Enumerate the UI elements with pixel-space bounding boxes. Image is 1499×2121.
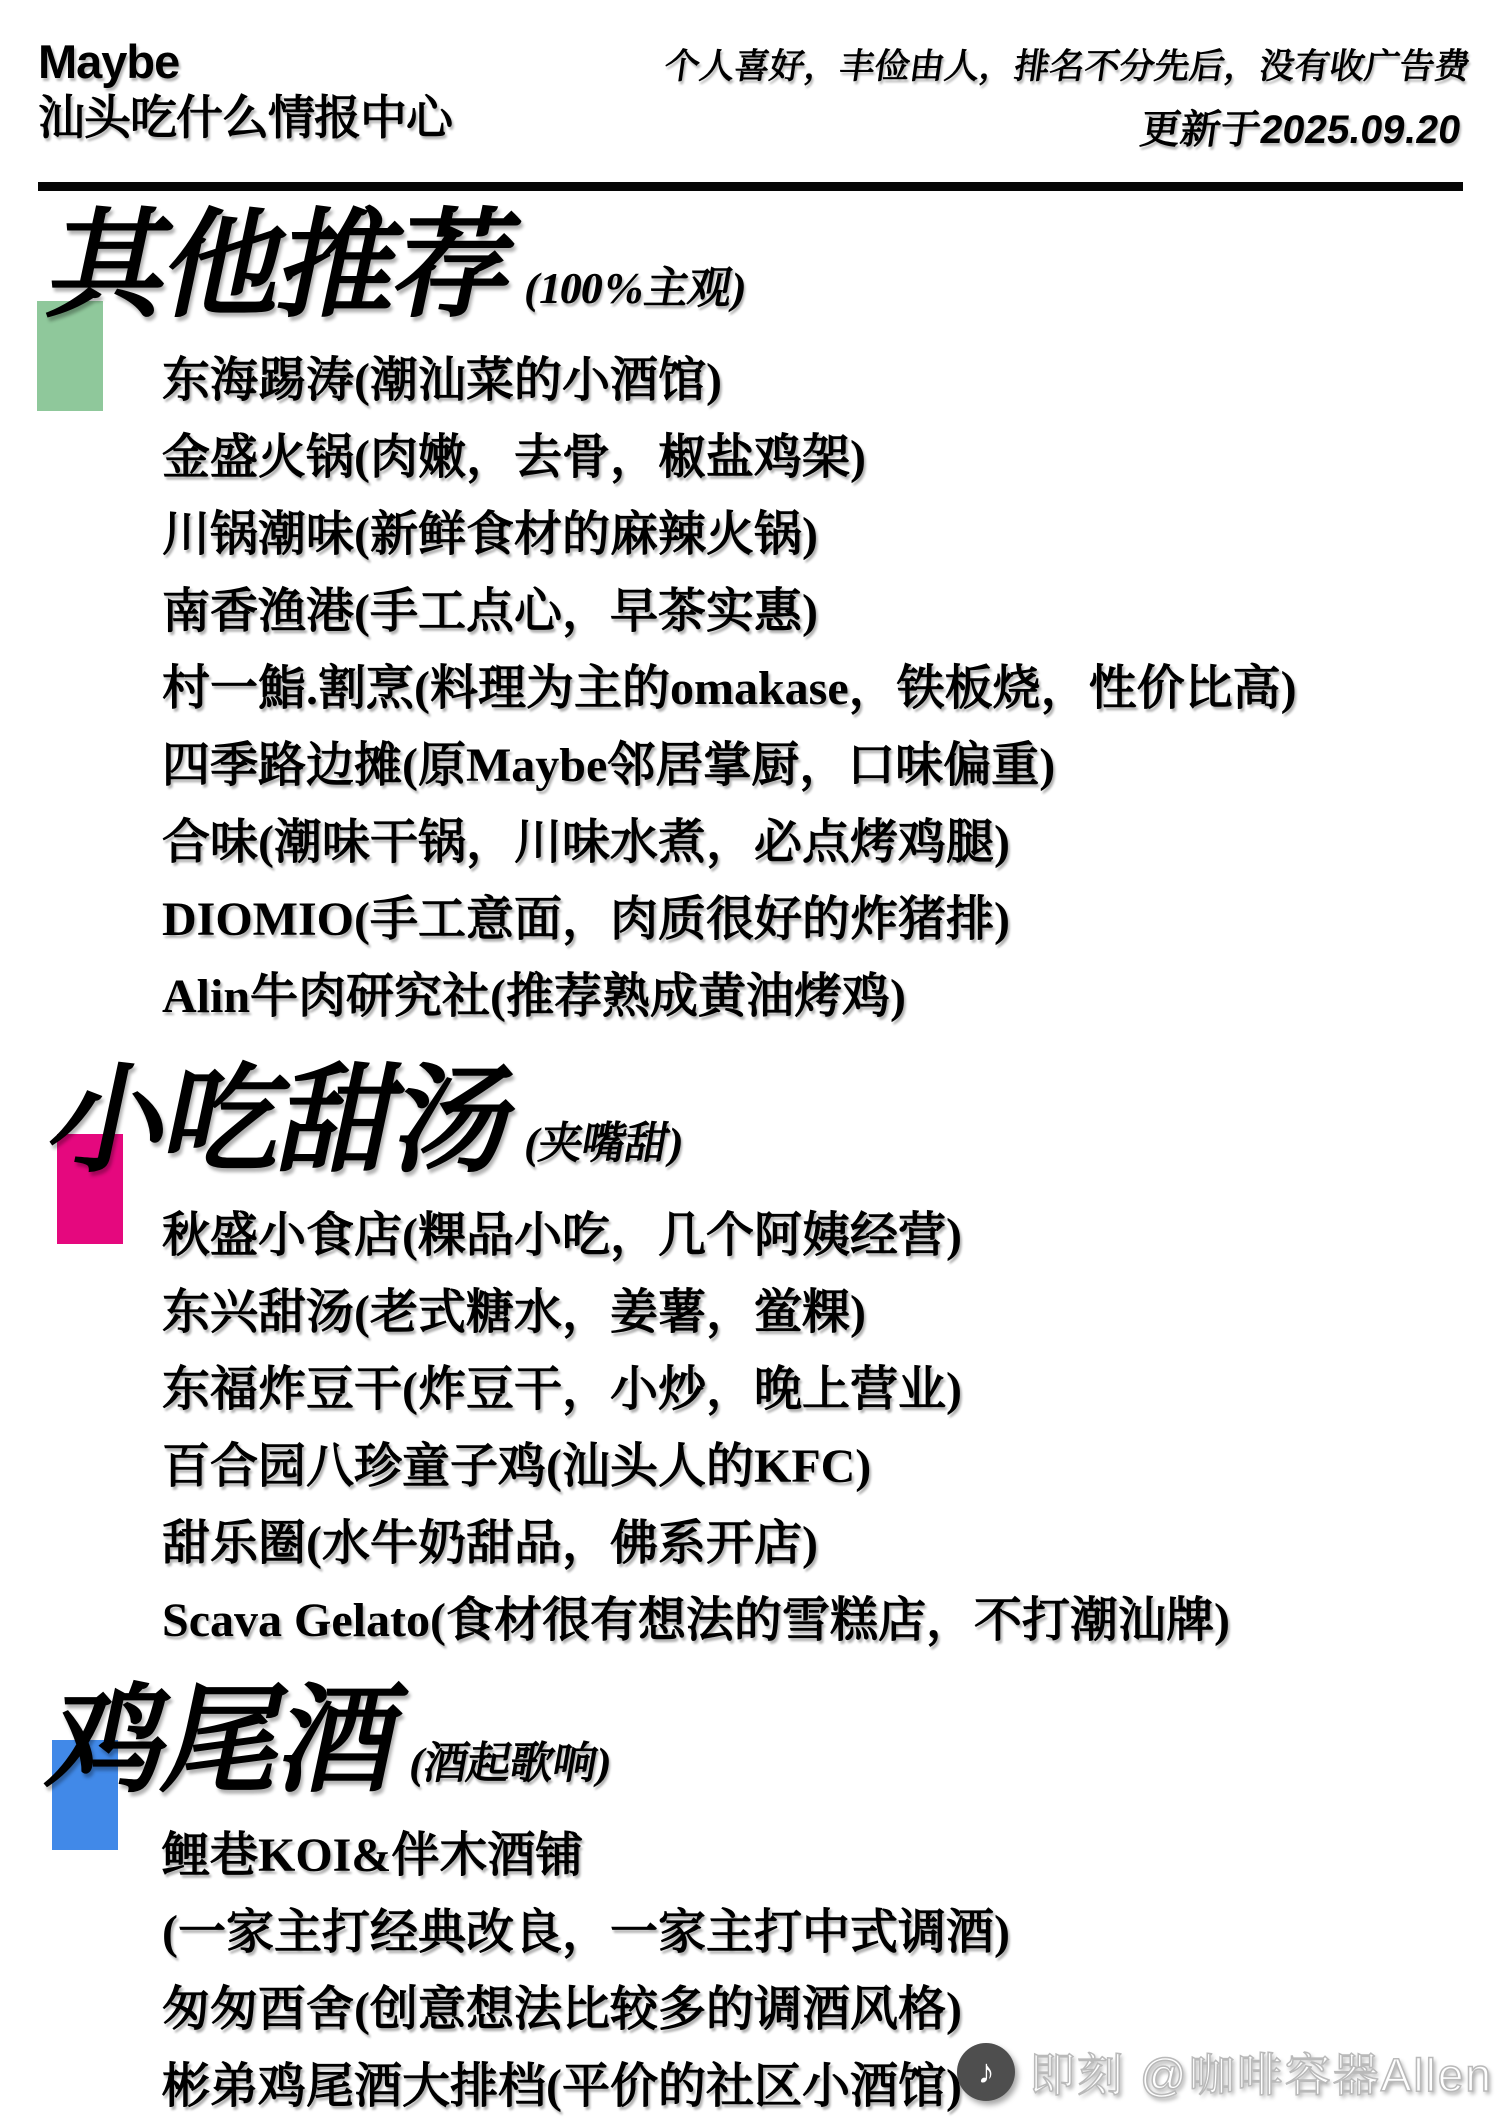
- list-item: 南香渔港(手工点心，早茶实惠): [162, 588, 1499, 637]
- list-item: 村一鮨.割烹(料理为主的omakase，铁板烧，性价比高): [162, 665, 1499, 714]
- list-item: DIOMIO(手工意面，肉质很好的炸猪排): [162, 896, 1499, 945]
- poster: Maybe 汕头吃什么情报中心 个人喜好，丰俭由人，排名不分先后，没有收广告费 …: [0, 0, 1499, 2121]
- list-item: 东兴甜汤(老式糖水，姜薯，鲎粿): [162, 1289, 1499, 1338]
- divider-rule: [38, 182, 1463, 191]
- list-item: 秋盛小食店(粿品小吃，几个阿姨经营): [162, 1212, 1499, 1261]
- list-item: 东福炸豆干(炸豆干，小炒，晚上营业): [162, 1366, 1499, 1415]
- watermark: ♪ 即刻 @咖啡容器Allen: [957, 2039, 1493, 2105]
- watermark-text: 即刻 @咖啡容器Allen: [1029, 2039, 1493, 2105]
- section-snacks-sweet-soup: 小吃甜汤 (夹嘴甜) 秋盛小食店(粿品小吃，几个阿姨经营) 东兴甜汤(老式糖水，…: [0, 1062, 1499, 1646]
- section-subtitle: (100%主观): [519, 267, 749, 327]
- section-heading: 小吃甜汤 (夹嘴甜): [52, 1062, 1499, 1182]
- list-item: 甜乐圈(水牛奶甜品，佛系开店): [162, 1520, 1499, 1569]
- list-item: 四季路边摊(原Maybe邻居掌厨，口味偏重): [162, 742, 1499, 791]
- brand-line-2: 汕头吃什么情报中心: [38, 90, 452, 146]
- section-title: 其他推荐: [39, 207, 525, 327]
- section-subtitle: (酒起歌响): [404, 1742, 614, 1802]
- brand-title: Maybe 汕头吃什么情报中心: [38, 34, 452, 147]
- header-meta: 个人喜好，丰俭由人，排名不分先后，没有收广告费 更新于2025.09.20: [652, 46, 1472, 154]
- disclaimer-text: 个人喜好，丰俭由人，排名不分先后，没有收广告费: [662, 46, 1473, 88]
- header: Maybe 汕头吃什么情报中心 个人喜好，丰俭由人，排名不分先后，没有收广告费 …: [0, 0, 1499, 154]
- list-item: 金盛火锅(肉嫩，去骨，椒盐鸡架): [162, 434, 1499, 483]
- section-heading: 其他推荐 (100%主观): [52, 207, 1499, 327]
- list-item: 川锅潮味(新鲜食材的麻辣火锅): [162, 511, 1499, 560]
- list-item: 鲤巷KOI&伴木酒铺: [162, 1832, 1499, 1881]
- list-item: 百合园八珍童子鸡(汕头人的KFC): [162, 1443, 1499, 1492]
- section-other-recommendations: 其他推荐 (100%主观) 东海踢涛(潮汕菜的小酒馆) 金盛火锅(肉嫩，去骨，椒…: [0, 207, 1499, 1022]
- brand-line-1: Maybe: [38, 34, 452, 90]
- list-item: Scava Gelato(食材很有想法的雪糕店，不打潮汕牌): [162, 1597, 1499, 1646]
- list-item: 匆匆酉舍(创意想法比较多的调酒风格): [162, 1986, 1499, 2035]
- list-item: (一家主打经典改良，一家主打中式调酒): [162, 1909, 1499, 1958]
- section-title: 鸡尾酒: [39, 1682, 410, 1802]
- section-title: 小吃甜汤: [39, 1062, 525, 1182]
- section-heading: 鸡尾酒 (酒起歌响): [52, 1682, 1499, 1802]
- restaurant-list: 秋盛小食店(粿品小吃，几个阿姨经营) 东兴甜汤(老式糖水，姜薯，鲎粿) 东福炸豆…: [52, 1212, 1499, 1646]
- updated-date: 更新于2025.09.20: [652, 106, 1464, 154]
- restaurant-list: 东海踢涛(潮汕菜的小酒馆) 金盛火锅(肉嫩，去骨，椒盐鸡架) 川锅潮味(新鲜食材…: [52, 357, 1499, 1022]
- music-note-icon: ♪: [957, 2043, 1015, 2101]
- section-subtitle: (夹嘴甜): [519, 1122, 686, 1182]
- list-item: 东海踢涛(潮汕菜的小酒馆): [162, 357, 1499, 406]
- list-item: 合味(潮味干锅，川味水煮，必点烤鸡腿): [162, 819, 1499, 868]
- list-item: Alin牛肉研究社(推荐熟成黄油烤鸡): [162, 973, 1499, 1022]
